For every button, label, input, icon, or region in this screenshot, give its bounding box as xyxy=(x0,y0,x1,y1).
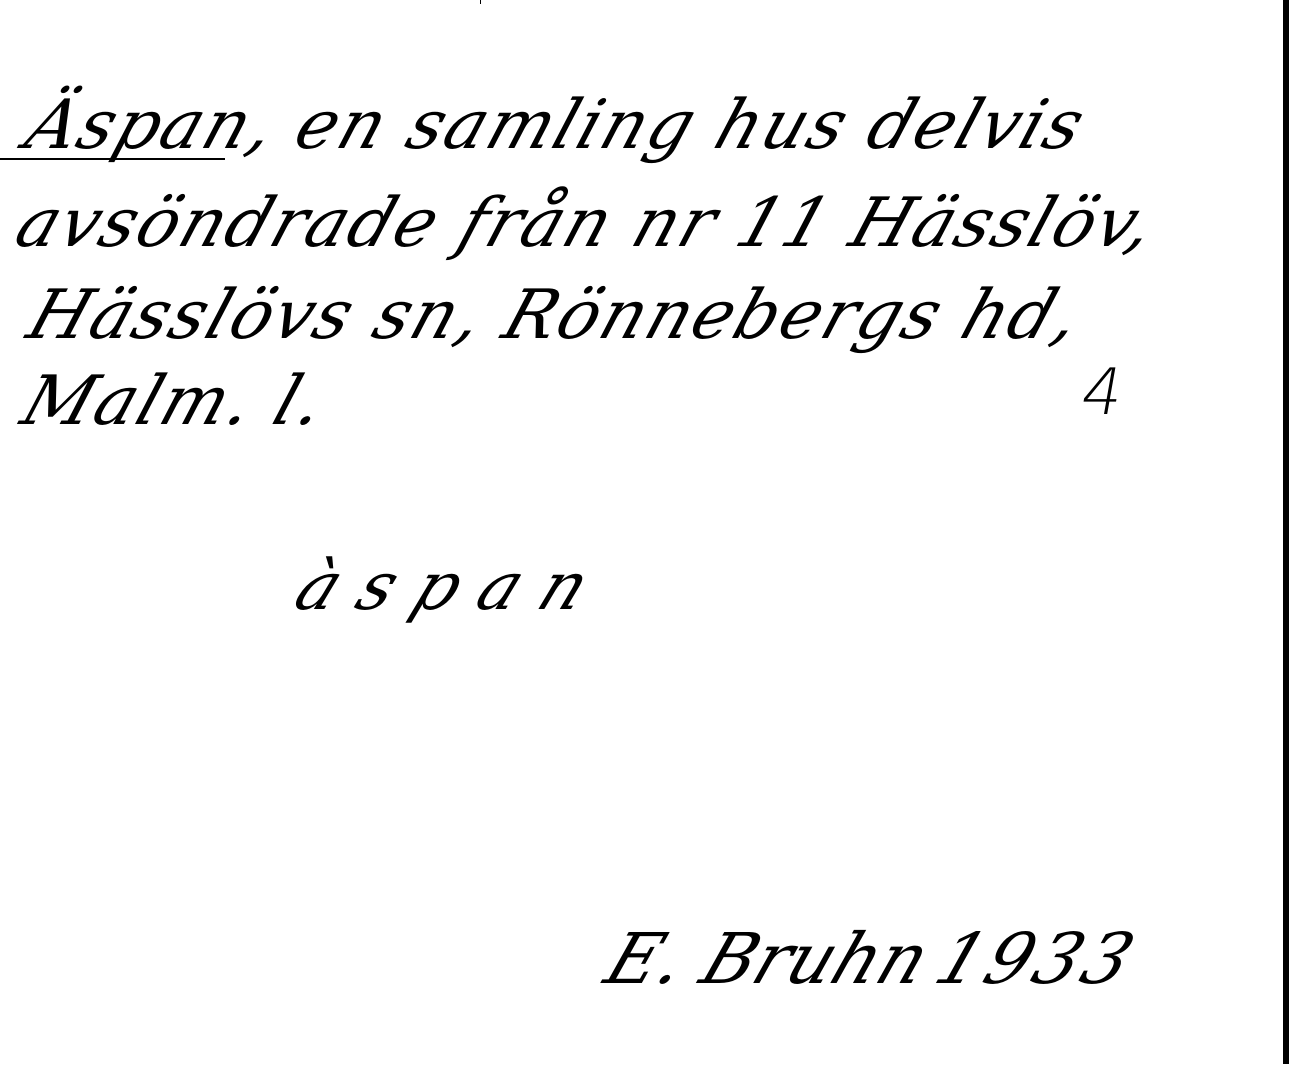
card-edge-border xyxy=(1283,0,1289,1064)
archive-card: Äspan, en samling hus delvis avsöndrade … xyxy=(0,0,1296,1068)
phonetic-headword: àspan xyxy=(284,548,622,625)
signature: E. Bruhn1933 xyxy=(595,918,1149,1000)
signature-name: E. Bruhn xyxy=(595,918,941,1000)
card-number: 4 xyxy=(1075,356,1129,430)
card-text-line-4: Malm. l. xyxy=(14,368,335,436)
card-text-line-3: Hässlövs sn, Rönnebergs hd, xyxy=(20,282,1091,350)
card-text-line-1: Äspan, en samling hus delvis xyxy=(18,92,1094,160)
signature-year: 1933 xyxy=(925,918,1149,1000)
card-text-line-2: avsöndrade från nr 11 Hässlöv, xyxy=(8,190,1165,258)
scan-mark xyxy=(480,0,481,4)
